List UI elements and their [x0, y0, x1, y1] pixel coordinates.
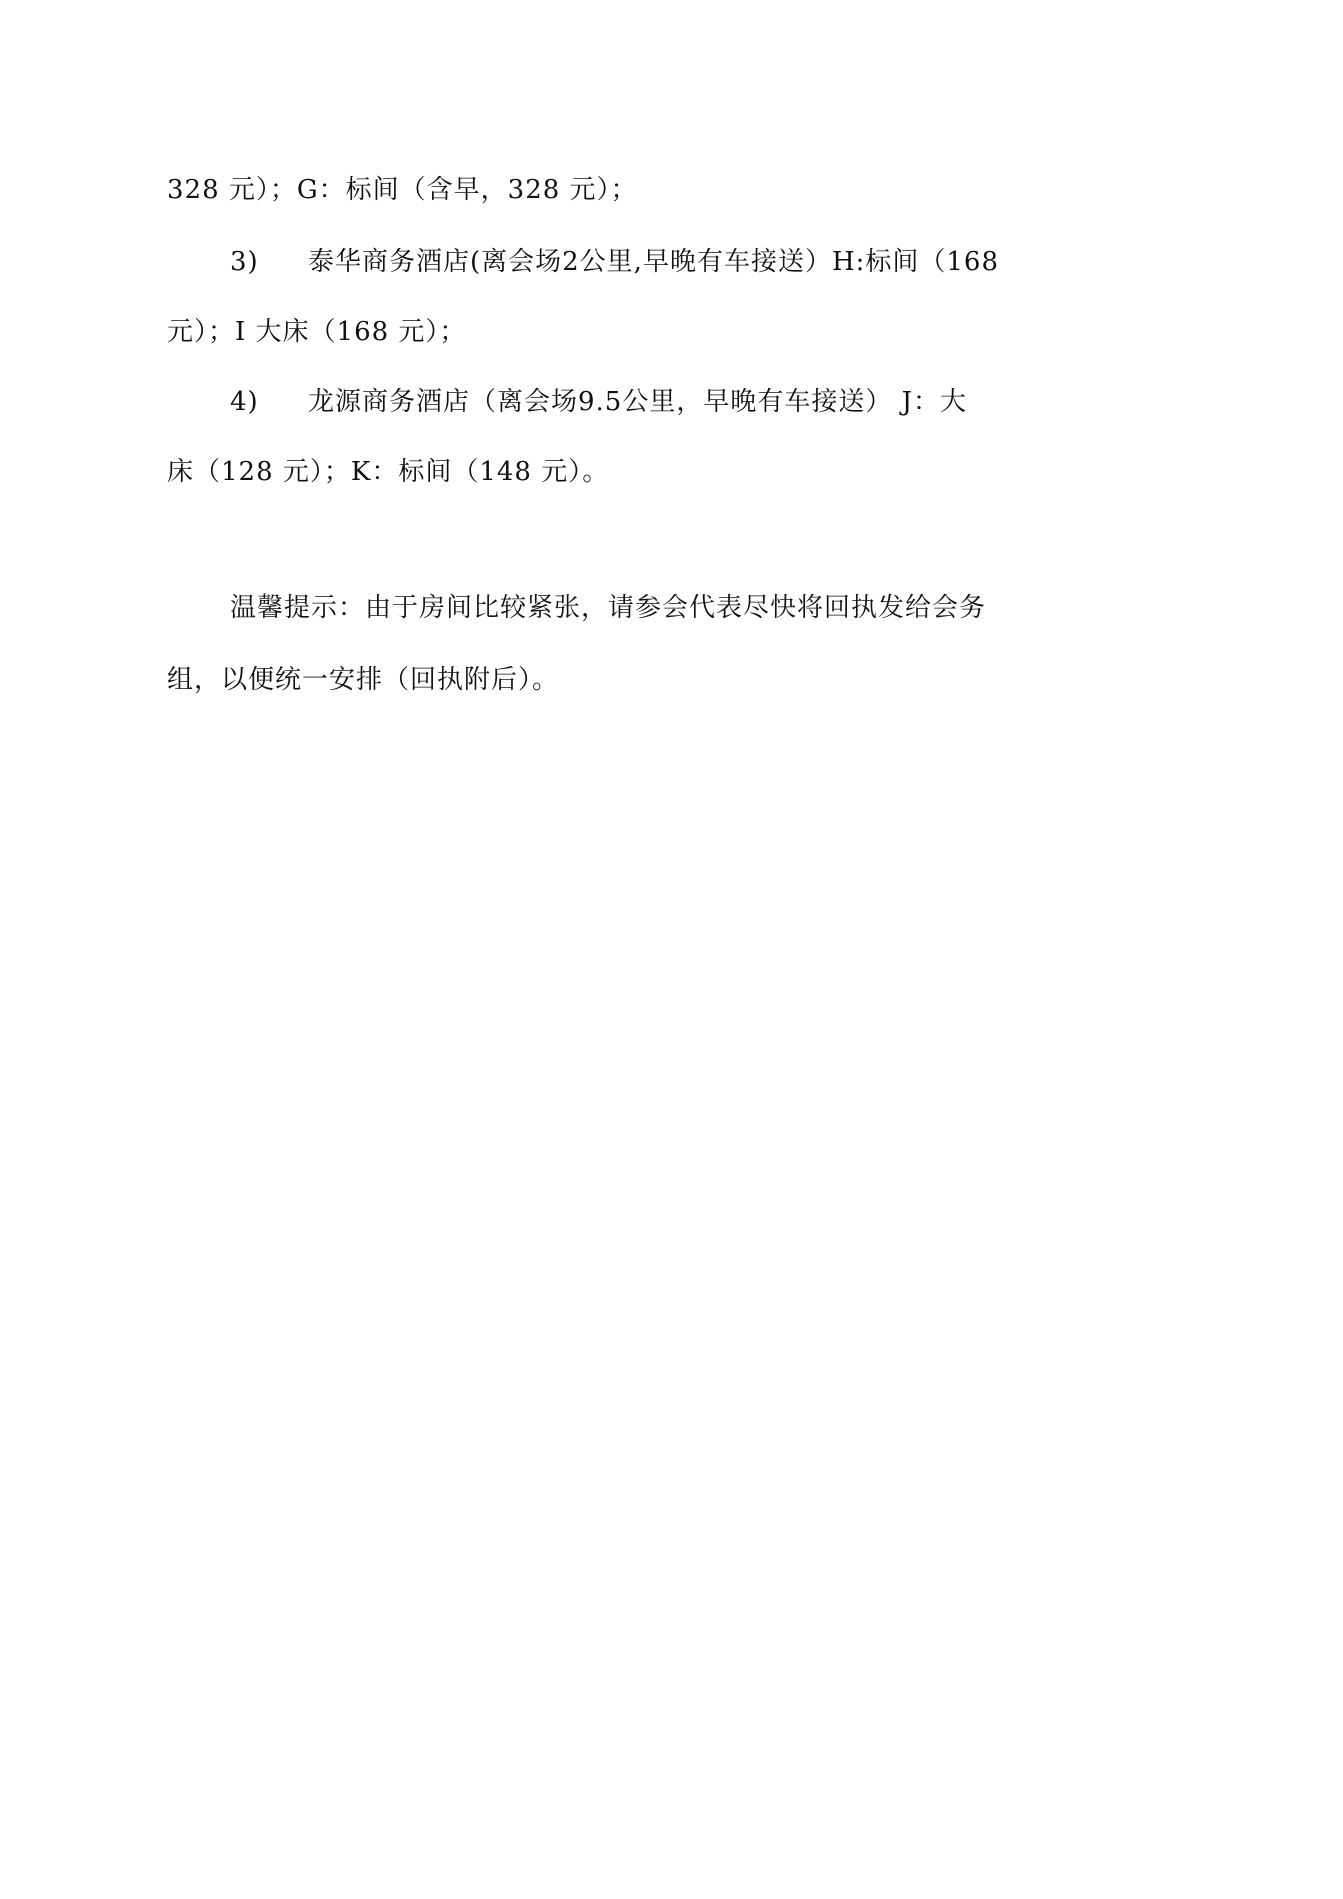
- hotel-list-line-continuation: 328 元）；G：标间（含早，328 元）；: [167, 174, 638, 206]
- hotel-item-3: 3)泰华商务酒店(离会场2公里,早晚有车接送）H:标间（168: [167, 246, 999, 278]
- line-text: 床（128 元）；K：标间（148 元）。: [167, 457, 609, 487]
- item-number: 4): [167, 386, 308, 418]
- document-page: 328 元）；G：标间（含早，328 元）； 3)泰华商务酒店(离会场2公里,早…: [0, 0, 1343, 1899]
- item-text: 泰华商务酒店(离会场2公里,早晚有车接送）H:标间（168: [308, 247, 999, 277]
- line-text: 元）；I 大床（168 元）；: [167, 317, 466, 347]
- item-number: 3): [167, 246, 308, 278]
- line-text: 328 元）；G：标间（含早，328 元）；: [167, 175, 638, 205]
- hotel-item-3-continuation: 元）；I 大床（168 元）；: [167, 316, 466, 348]
- item-text: 龙源商务酒店（离会场9.5公里，早晚有车接送） J：大: [308, 387, 967, 417]
- notice-text: 组，以便统一安排（回执附后）。: [167, 665, 559, 695]
- hotel-item-4: 4)龙源商务酒店（离会场9.5公里，早晚有车接送） J：大: [167, 386, 967, 418]
- notice-paragraph-line-2: 组，以便统一安排（回执附后）。: [167, 664, 559, 696]
- hotel-item-4-continuation: 床（128 元）；K：标间（148 元）。: [167, 456, 609, 488]
- notice-text: 温馨提示：由于房间比较紧张，请参会代表尽快将回执发给会务: [230, 593, 986, 623]
- notice-paragraph-line-1: 温馨提示：由于房间比较紧张，请参会代表尽快将回执发给会务: [167, 592, 986, 624]
